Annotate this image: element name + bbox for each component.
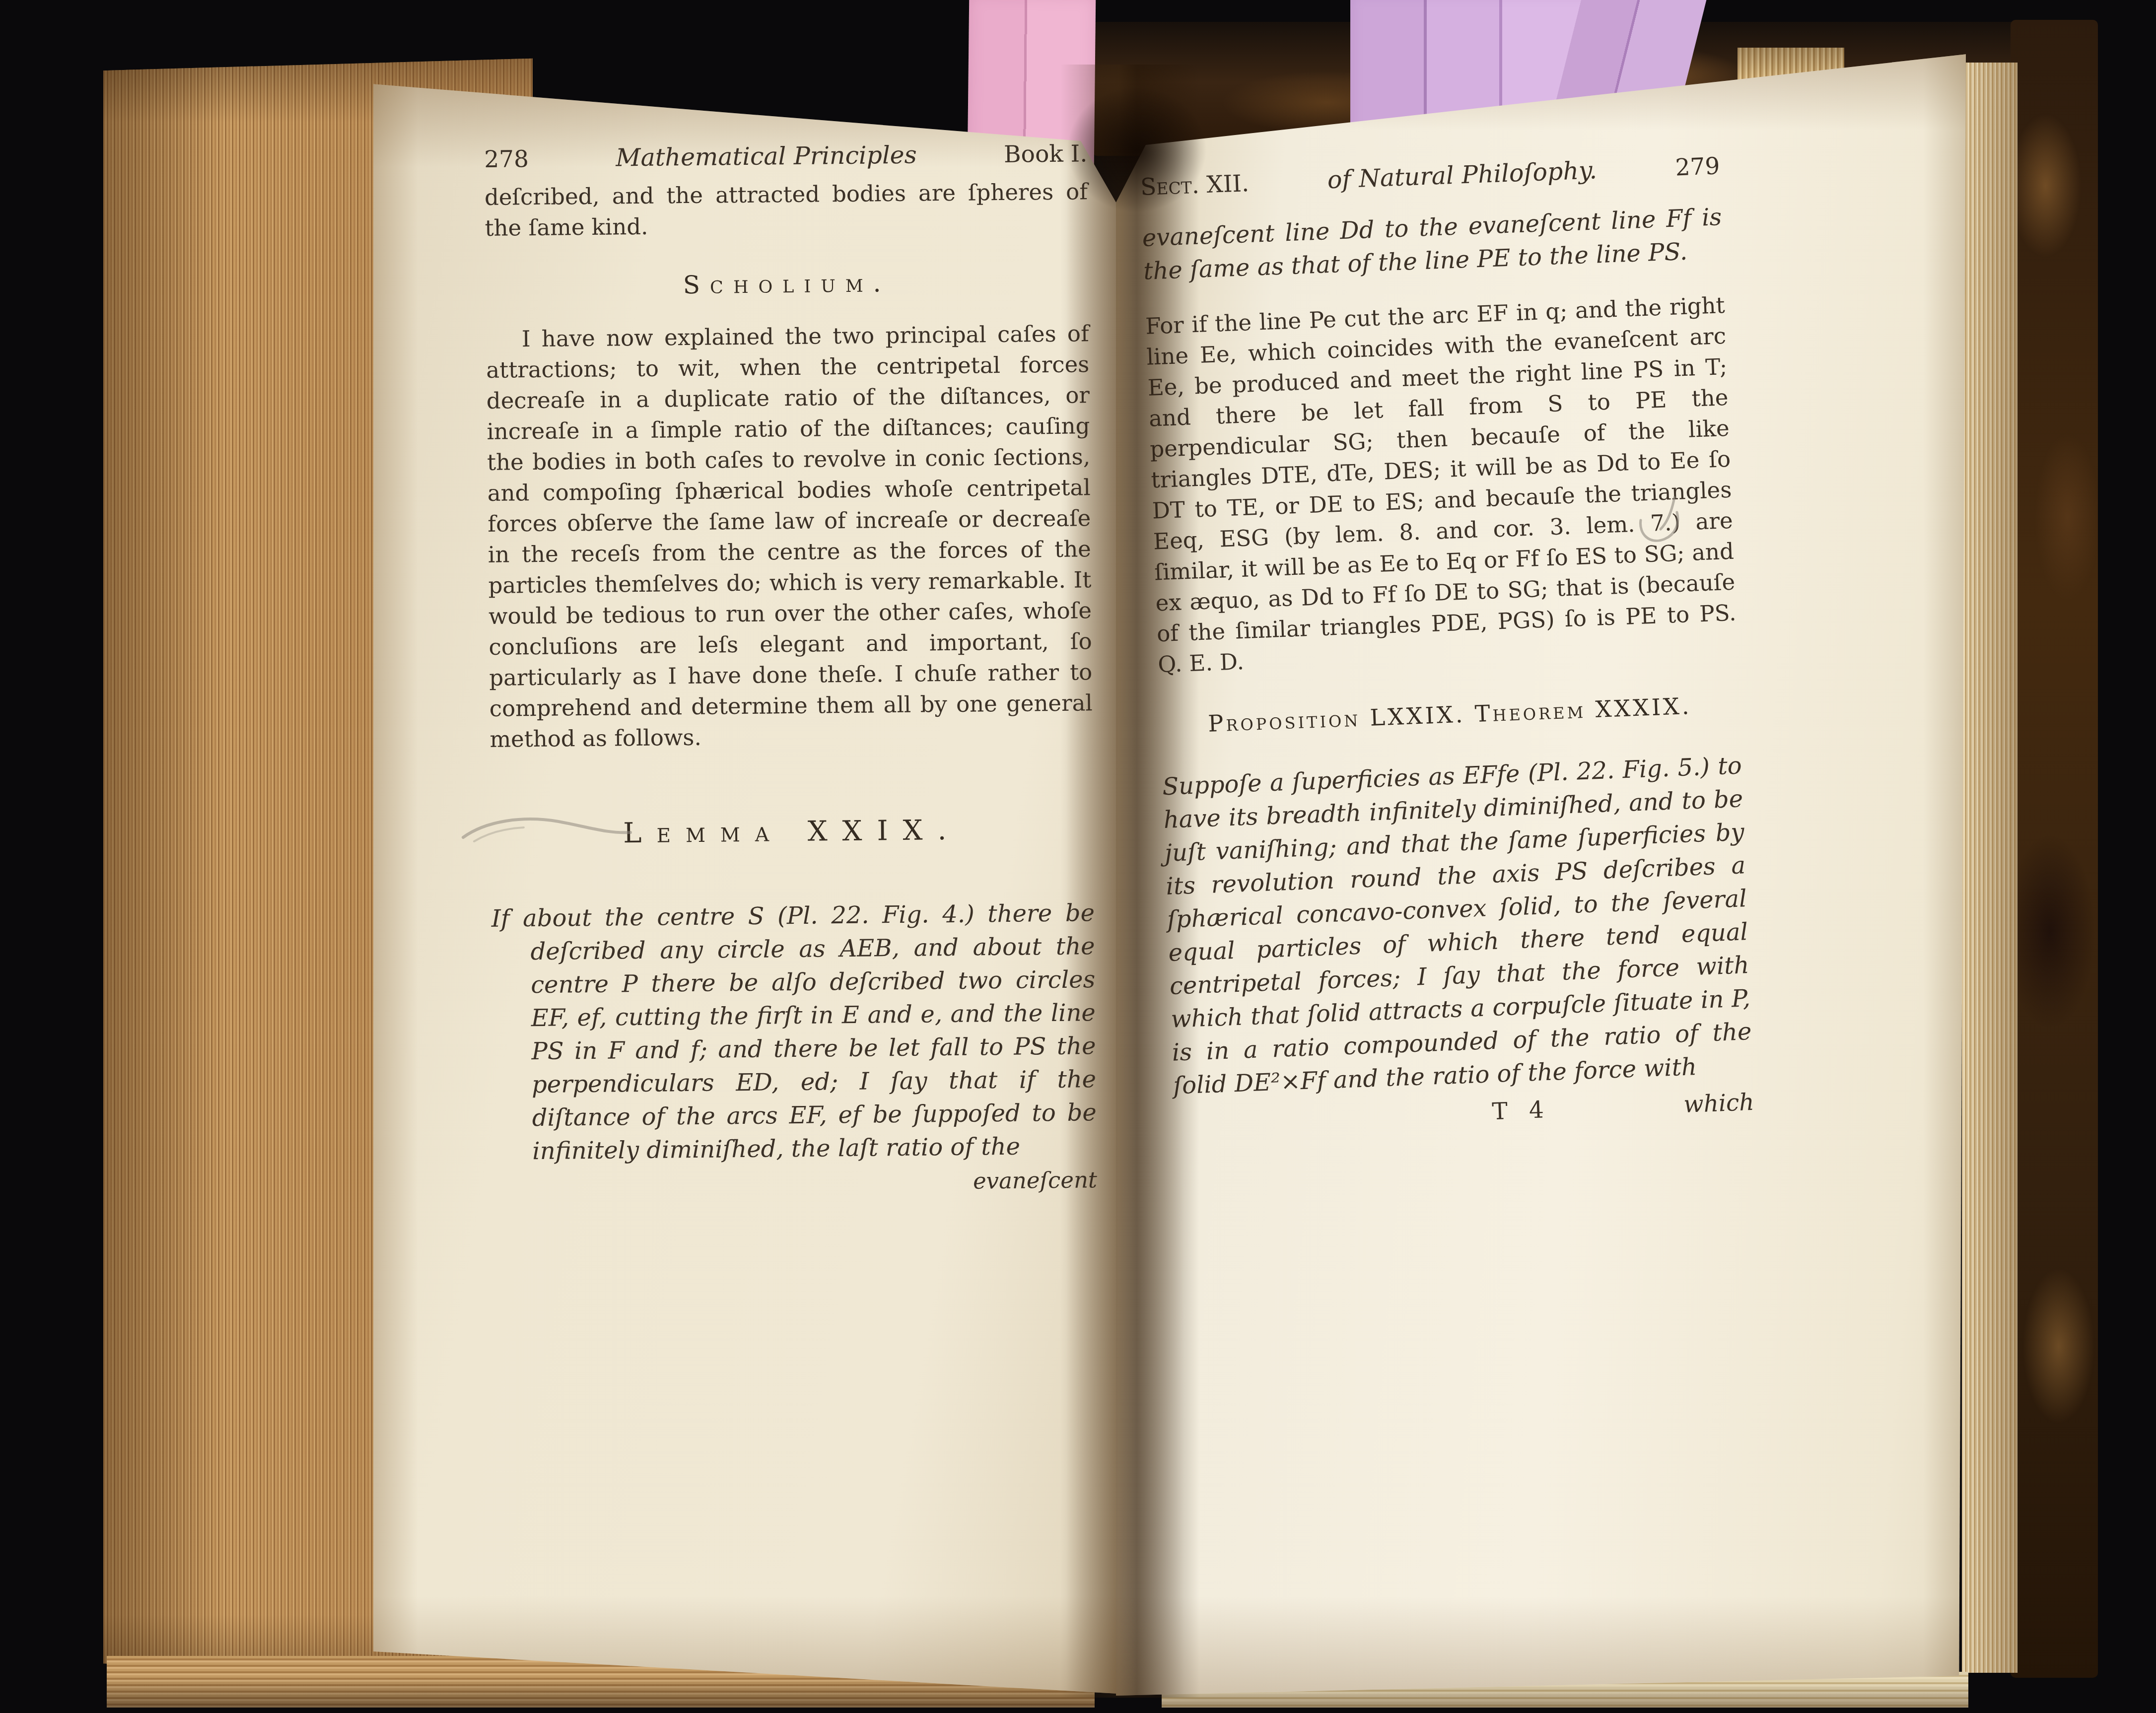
proposition-paragraph: Suppoſe a ſuperficies as EFfe (Pl. 22. F… xyxy=(1162,749,1753,1102)
proof-paragraph: For if the line Pe cut the arc EF in q; … xyxy=(1145,290,1738,680)
left-running-title: Mathematical Principles xyxy=(616,141,917,172)
lemma-paragraph: If about the centre S (Pl. 22. Fig. 4.) … xyxy=(491,896,1097,1168)
proposition-heading: Proposition LXXIX. Theorem XXXIX. xyxy=(1160,690,1740,739)
book-cover-left xyxy=(23,46,110,1660)
left-page-number: 278 xyxy=(484,145,529,173)
signature-mark: T 4 xyxy=(1492,1096,1551,1125)
scholium-paragraph: I have now explained the two principal c… xyxy=(486,318,1093,755)
right-page-text: Sect. XII. of Natural Philoſophy. 279 ev… xyxy=(1140,151,1755,1149)
left-page-text: 278 Mathematical Principles Book I. deſc… xyxy=(484,139,1097,1199)
lemma-heading: Lemma XXIX. xyxy=(490,813,1094,851)
right-page-number: 279 xyxy=(1675,152,1721,181)
book-cover-right xyxy=(2011,20,2098,1678)
left-book-label: Book I. xyxy=(1004,140,1088,168)
right-catchword: which xyxy=(1683,1089,1754,1118)
intro-paragraph: deſcribed, and the attracted bodies are … xyxy=(485,176,1088,244)
book-photograph: 278 Mathematical Principles Book I. deſc… xyxy=(0,0,2156,1713)
section-label: Sect. XII. xyxy=(1140,170,1250,201)
left-running-header: 278 Mathematical Principles Book I. xyxy=(484,139,1087,173)
scholium-heading: Scholium. xyxy=(485,267,1089,301)
lemma-continuation-paragraph: evaneſcent line Dd to the evaneſcent lin… xyxy=(1142,201,1724,288)
page-block-edge-right xyxy=(1962,63,2017,1673)
